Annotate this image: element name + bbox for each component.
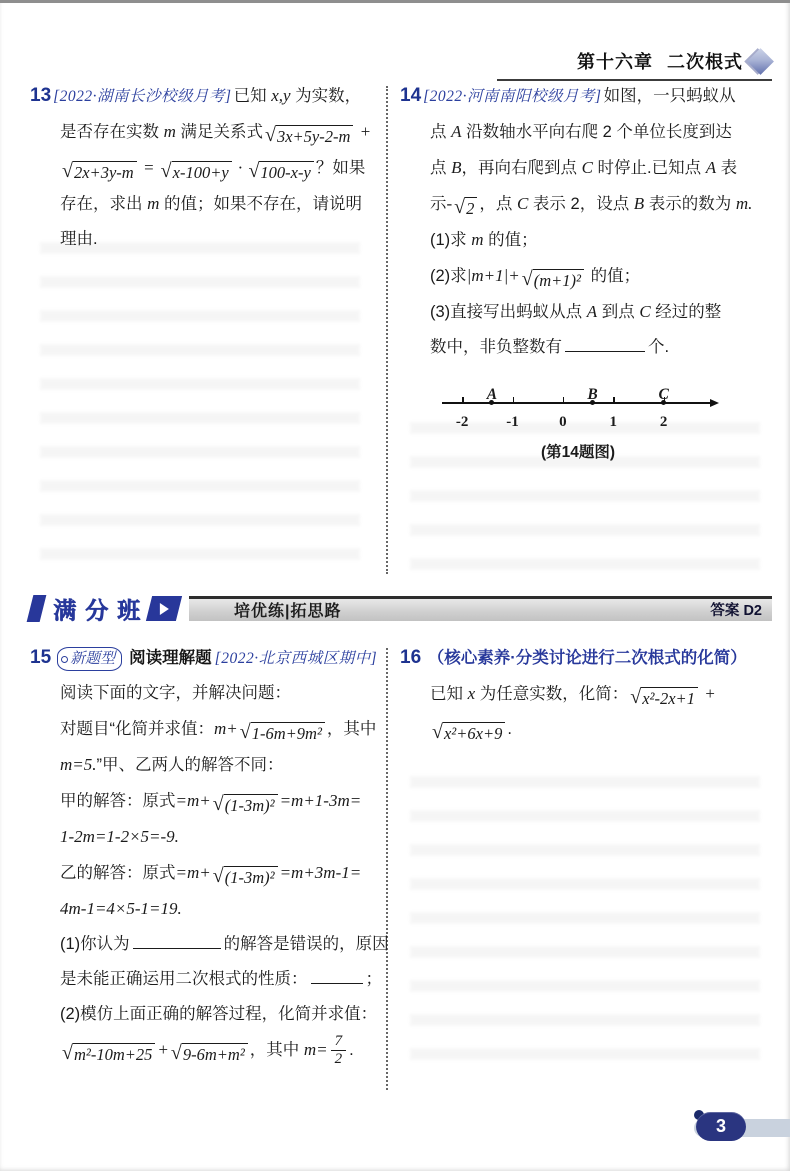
radical-expression: √(1-3m)² — [213, 794, 278, 817]
problem-text: 如图，一只蚂蚁从 — [604, 87, 736, 105]
column-divider-bottom — [386, 648, 388, 1090]
problem-text: 4m-1=4×5-1=19. — [60, 891, 382, 927]
problem-15: 15新题型阅读理解题[2022·北京西城区期中] 阅读下面的文字，并解决问题： … — [30, 640, 382, 1068]
problem-text: (1)你认为的解答是错误的，原因 — [60, 927, 382, 962]
problem-15-head: 15新题型阅读理解题[2022·北京西城区期中] — [30, 640, 382, 676]
radical-expression: √(m+1)² — [522, 269, 584, 292]
problem-text: 示-√2，点 C 表示 2，设点 B 表示的数为 m. — [430, 186, 772, 222]
tick-label: -2 — [447, 405, 477, 440]
problem-source: [2022·北京西城区期中] — [215, 650, 377, 667]
tick-mark — [513, 397, 515, 403]
page-number: 3 — [716, 1116, 726, 1137]
radical-expression: √2x+3y-m — [62, 161, 137, 184]
tick-label: 0 — [548, 405, 578, 440]
problem-text: (1)求 m 的值； — [430, 222, 772, 258]
point-label: B — [581, 377, 605, 412]
problem-number: 13 — [30, 85, 51, 106]
problem-text: (3)直接写出蚂蚁从点 A 到点 C 经过的整 — [430, 294, 772, 330]
problem-text: 点 A 沿数轴水平向右爬 2 个单位长度到达 — [430, 114, 772, 150]
diamond-icon — [747, 48, 774, 75]
problem-number: 14 — [400, 85, 421, 106]
problem-text: 是未能正确运用二次根式的性质：； — [60, 962, 382, 997]
problem-text: 点 B，再向右爬到点 C 时停止.已知点 A 表 — [430, 150, 772, 186]
problem-source: [2022·河南南阳校级月考] — [423, 88, 601, 105]
banner-bar-icon — [27, 595, 47, 622]
problem-type-label: 阅读理解题 — [129, 649, 212, 667]
problem-text: 甲的解答：原式=m+√(1-3m)²=m+1-3m= — [60, 783, 382, 819]
figure-caption: (第14题图) — [442, 435, 714, 470]
problem-text: 阅读下面的文字，并解决问题： — [60, 676, 382, 711]
point-label: C — [652, 377, 676, 412]
chapter-label: 第十六章 — [577, 52, 653, 72]
problem-14: 14[2022·河南南阳校级月考]如图，一只蚂蚁从 点 A 沿数轴水平向右爬 2… — [400, 78, 772, 470]
problem-text: √x²+6x+9. — [430, 712, 772, 747]
problem-text: 存在，求出 m 的值；如果不存在，请说明 — [60, 186, 378, 222]
radical-expression: √(1-3m)² — [213, 866, 278, 889]
problem-text: 已知 x 为任意实数，化简：√x²-2x+1 + — [430, 676, 772, 712]
problem-text: 对题目“化简并求值：m+√1-6m+9m²，其中 — [60, 711, 382, 747]
problem-13: 13[2022·湖南长沙校级月考]已知 x,y 为实数， 是否存在实数 m 满足… — [30, 78, 378, 257]
problem-text: m=5.”甲、乙两人的解答不同： — [60, 747, 382, 783]
point-label: A — [480, 377, 504, 412]
tick-mark — [563, 397, 565, 403]
axis-arrow-icon — [710, 399, 719, 407]
answer-blank — [565, 335, 645, 352]
problem-text: √2x+3y-m = √x-100+y · √100-x-y？如果 — [60, 150, 378, 186]
chapter-header: 第十六章二次根式 — [380, 48, 772, 74]
radical-expression: √2 — [454, 197, 477, 220]
page-number-badge: 3 — [696, 1112, 746, 1141]
bleedthrough-ghost — [40, 240, 360, 560]
problem-text: 是否存在实数 m 满足关系式√3x+5y-2-m + — [60, 114, 378, 150]
bleedthrough-ghost — [410, 760, 760, 1060]
banner-brand: 满分班 — [53, 592, 149, 625]
problem-text: (2)求|m+1|+√(m+1)² 的值； — [430, 258, 772, 294]
answer-blank — [133, 932, 221, 949]
radical-expression: √x²+6x+9 — [432, 722, 505, 745]
number-line-figure: -2-1012ABC (第14题图) — [442, 375, 722, 470]
problem-16: 16 （核心素养·分类讨论进行二次根式的化简） 已知 x 为任意实数，化简：√x… — [400, 640, 772, 747]
problem-14-head: 14[2022·河南南阳校级月考]如图，一只蚂蚁从 — [400, 78, 772, 114]
radical-expression: √9-6m+m² — [171, 1043, 248, 1066]
badge-ring-icon — [61, 656, 68, 663]
radical-expression: √m²-10m+25 — [62, 1043, 155, 1066]
tick-mark — [613, 397, 615, 403]
chapter-title: 二次根式 — [667, 52, 743, 72]
problem-13-head: 13[2022·湖南长沙校级月考]已知 x,y 为实数， — [30, 78, 378, 114]
radical-expression: √3x+5y-2-m — [265, 125, 353, 148]
radical-expression: √1-6m+9m² — [240, 722, 325, 745]
problem-title: （核心素养·分类讨论进行二次根式的化简） — [428, 649, 747, 667]
radical-expression: √x²-2x+1 — [630, 687, 698, 710]
fraction: 72 — [331, 1033, 347, 1069]
problem-16-head: 16 （核心素养·分类讨论进行二次根式的化简） — [400, 640, 772, 676]
problem-text: 已知 x,y 为实数， — [234, 87, 362, 105]
answer-reference: 答案 D2 — [710, 599, 762, 620]
radical-expression: √x-100+y — [161, 161, 232, 184]
banner-gray-bar: 培优练|拓思路 答案 D2 — [189, 596, 772, 621]
section-banner: 满分班 培优练|拓思路 答案 D2 — [30, 591, 772, 625]
column-divider-top — [386, 86, 388, 574]
problem-text: 乙的解答：原式=m+√(1-3m)²=m+3m-1= — [60, 855, 382, 891]
right-arrow-icon — [146, 596, 182, 621]
number-line: -2-1012ABC — [442, 375, 722, 427]
new-type-badge: 新题型 — [57, 647, 122, 671]
tick-mark — [462, 397, 464, 403]
workbook-page: 第十六章二次根式 13[2022·湖南长沙校级月考]已知 x,y 为实数， 是否… — [0, 0, 790, 1171]
problem-text: 1-2m=1-2×5=-9. — [60, 819, 382, 855]
problem-number: 16 — [400, 647, 421, 668]
banner-tagline: 培优练|拓思路 — [234, 598, 341, 621]
problem-number: 15 — [30, 647, 51, 668]
problem-source: [2022·湖南长沙校级月考] — [53, 88, 231, 105]
radical-expression: √100-x-y — [248, 161, 313, 184]
answer-blank — [311, 967, 363, 984]
problem-text: 理由. — [60, 222, 378, 257]
problem-text: √m²-10m+25+√9-6m+m²，其中 m=72. — [60, 1032, 382, 1068]
problem-text: (2)模仿上面正确的解答过程，化简并求值： — [60, 997, 382, 1032]
problem-text: 数中，非负整数有个. — [430, 330, 772, 365]
